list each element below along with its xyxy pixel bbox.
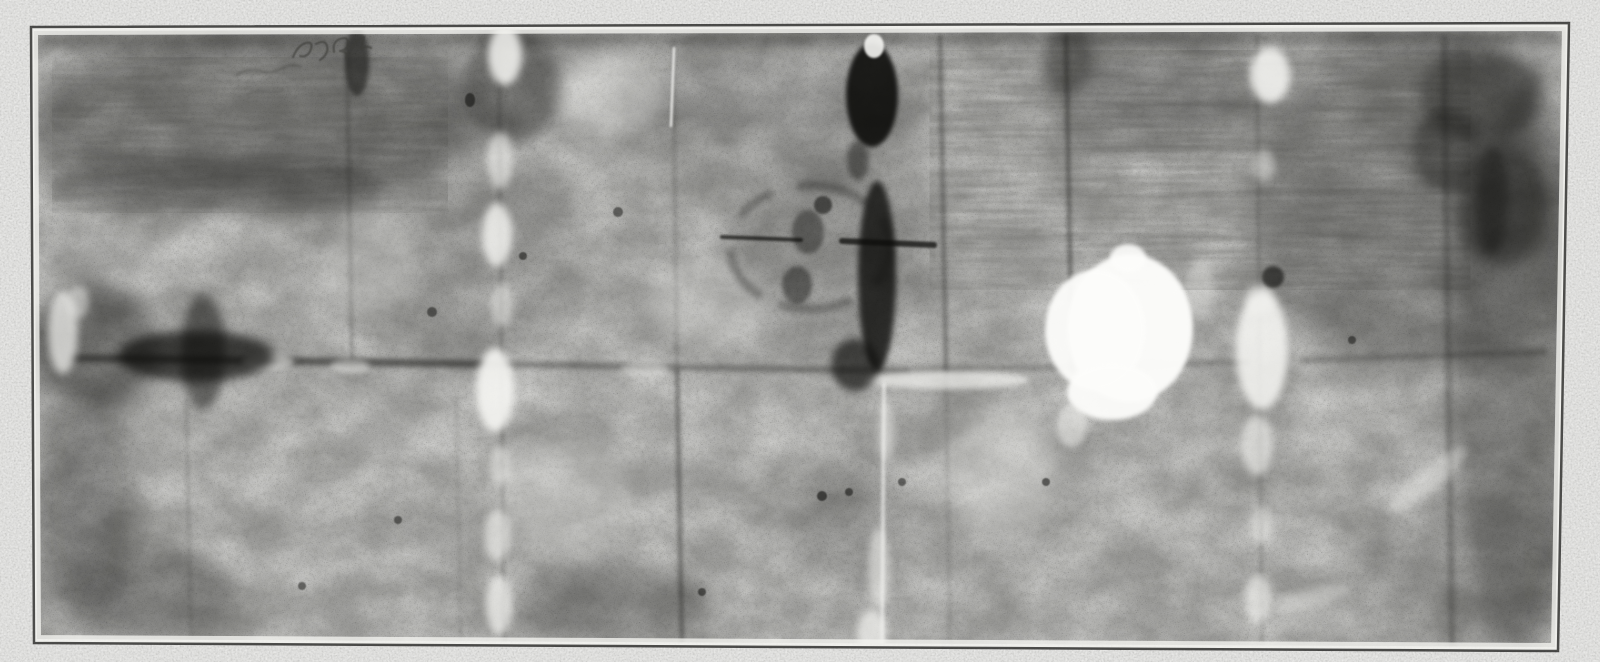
light-patch-center — [647, 258, 767, 342]
light-patch-lower-right-center — [944, 408, 1060, 532]
white-band-940 — [865, 371, 1029, 389]
fleck-8 — [817, 491, 827, 501]
fold-wear-500-3 — [482, 203, 512, 267]
fleck-3 — [613, 207, 623, 217]
fold-wear-500-5 — [476, 348, 514, 432]
fleck-9 — [845, 488, 853, 496]
fold-wear-500-1 — [488, 25, 522, 85]
fold-wear-500-8 — [486, 575, 512, 635]
fold-wear-886-1 — [878, 402, 894, 462]
fleck-11 — [394, 516, 402, 524]
fold-wear-500-4 — [491, 283, 513, 327]
stain-bottom-right — [1347, 505, 1577, 645]
fold-wear-1258-1 — [1250, 47, 1290, 103]
fold-blotch-vertical — [181, 294, 225, 410]
ink-blot-top — [846, 43, 898, 147]
ink-blot-drip — [847, 140, 869, 180]
fleck-10 — [298, 582, 306, 590]
pen-stroke-right — [842, 241, 934, 245]
fold-wear-h-2 — [330, 359, 370, 373]
scan-canvas — [0, 0, 1600, 662]
fold-wear-1258-7 — [1245, 574, 1271, 622]
stain-bottom-left — [60, 550, 240, 640]
hole-patch-top — [1110, 244, 1146, 272]
fleck-7 — [1042, 478, 1050, 486]
paper-sheet — [0, 0, 1600, 662]
stain-bottom-mid — [517, 560, 707, 644]
hole-patch-tail — [1057, 403, 1087, 447]
ink-dot-1273 — [1262, 266, 1284, 288]
ink-blot-notch — [864, 34, 884, 58]
seal-scribble-1 — [792, 210, 824, 254]
fold-wear-500-2 — [487, 132, 513, 188]
stain-top-edge-band — [45, 36, 1555, 40]
ink-smudge-357 — [345, 28, 369, 96]
fold-wear-1258-5 — [1241, 415, 1273, 475]
fold-wear-1258-6 — [1250, 507, 1272, 543]
ink-streak-foot — [831, 339, 879, 391]
fleck-12 — [1348, 336, 1356, 344]
fold-wear-1258-2 — [1253, 149, 1275, 181]
scanned-document-photo: 1734 — [0, 0, 1600, 662]
stain-lower-center — [797, 455, 907, 585]
light-patch-lower-left-center — [495, 437, 635, 553]
fleck-4 — [427, 307, 437, 317]
fleck-1 — [465, 93, 475, 107]
left-edge-wear-2 — [67, 285, 89, 319]
seal-dot — [814, 196, 832, 214]
fleck-2 — [519, 252, 527, 260]
fold-wear-h-3 — [621, 362, 669, 376]
fold-wear-886-2 — [868, 528, 890, 608]
light-patch-370 — [325, 210, 415, 320]
seal-scribble-2 — [782, 266, 812, 304]
fleck-6 — [898, 478, 906, 486]
fold-wear-1258-4 — [1236, 290, 1288, 410]
fleck-5 — [698, 588, 706, 596]
light-patch-top-600 — [555, 55, 665, 135]
